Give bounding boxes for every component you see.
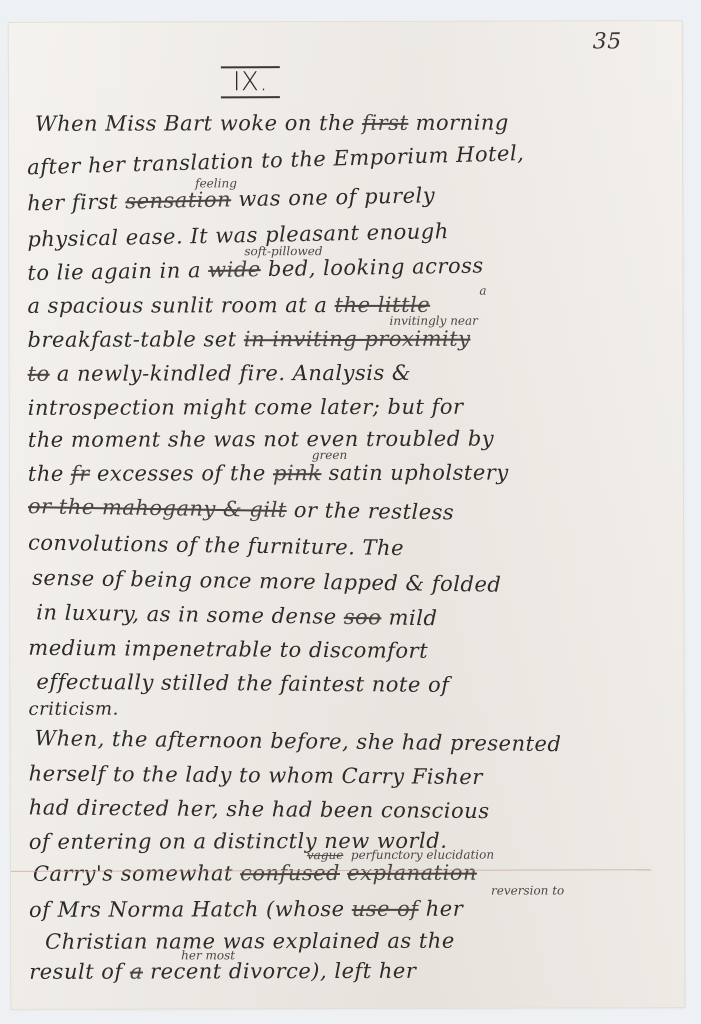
line-text: the bbox=[28, 462, 71, 486]
manuscript-line: in luxury, as in some dense soo mild bbox=[36, 599, 437, 631]
manuscript-page: 35 IX. When Miss Bart woke on the first … bbox=[9, 21, 685, 1009]
deleted-word: wide bbox=[208, 257, 261, 282]
line-text: effectually stilled the faintest note of bbox=[36, 670, 449, 697]
manuscript-line: Carry's somewhat confused explanation bbox=[33, 860, 477, 887]
line-text: sense of being once more lapped & folded bbox=[32, 566, 501, 597]
line-text: criticism. bbox=[28, 699, 118, 720]
deleted-word: explanation bbox=[347, 861, 477, 885]
line-text: When Miss Bart woke on the bbox=[35, 111, 362, 136]
manuscript-line: When, the afternoon before, she had pres… bbox=[34, 725, 561, 757]
deleted-word: a bbox=[130, 960, 143, 984]
line-text: to lie again in a bbox=[27, 258, 208, 285]
line-text: herself to the lady to whom Carry Fisher bbox=[29, 761, 483, 789]
line-text: bed, looking across bbox=[261, 253, 484, 281]
deleted-word: or the mahogany & gilt bbox=[28, 494, 287, 522]
line-text: medium impenetrable to discomfort bbox=[28, 636, 428, 663]
manuscript-line: her first sensation was one of purely bbox=[27, 182, 435, 216]
chapter-heading: IX. bbox=[221, 66, 280, 98]
line-text: a spacious sunlit room at a bbox=[27, 293, 334, 318]
manuscript-line: convolutions of the furniture. The bbox=[28, 530, 404, 562]
manuscript-line: introspection might come later; but for bbox=[28, 394, 464, 421]
line-text: convolutions of the furniture. The bbox=[28, 531, 404, 561]
line-text: physical ease. It was pleasant enough bbox=[27, 219, 449, 251]
page-number: 35 bbox=[593, 29, 622, 54]
line-text: her first bbox=[27, 189, 126, 215]
manuscript-line: criticism. bbox=[28, 697, 118, 723]
line-text: breakfast-table set bbox=[28, 327, 244, 352]
line-text: or the restless bbox=[287, 498, 455, 524]
manuscript-line: to a newly-kindled fire. Analysis & bbox=[28, 360, 412, 387]
interlinear-insertion: reversion to bbox=[491, 883, 564, 897]
line-text: had directed her, she had been conscious bbox=[29, 795, 490, 823]
line-text: satin upholstery bbox=[321, 461, 508, 485]
line-text: mild bbox=[381, 605, 437, 630]
manuscript-line: Christian name was explained as the bbox=[45, 928, 455, 955]
manuscript-line: or the mahogany & gilt or the restless bbox=[28, 493, 455, 525]
manuscript-line: herself to the lady to whom Carry Fisher bbox=[29, 760, 483, 790]
manuscript-line: to lie again in a wide bed, looking acro… bbox=[27, 252, 484, 286]
line-text: Carry's somewhat bbox=[33, 861, 240, 886]
line-text: her bbox=[419, 897, 464, 921]
line-text: result of bbox=[29, 960, 130, 984]
interlinear-insertion: a bbox=[479, 284, 486, 298]
deleted-word: first bbox=[362, 111, 408, 135]
line-text: morning bbox=[408, 111, 509, 135]
manuscript-line: had directed her, she had been conscious bbox=[29, 794, 490, 824]
deleted-word: soo bbox=[344, 605, 382, 630]
manuscript-line: When Miss Bart woke on the first morning bbox=[35, 110, 509, 137]
line-text: of Mrs Norma Hatch (whose bbox=[29, 897, 352, 922]
manuscript-line: after her translation to the Emporium Ho… bbox=[27, 140, 525, 180]
line-text: recent divorce), left her bbox=[143, 959, 416, 984]
manuscript-line: the fr excesses of the pink satin uphols… bbox=[28, 460, 509, 487]
line-text: in luxury, as in some dense bbox=[36, 600, 344, 629]
manuscript-line: a spacious sunlit room at a the little bbox=[27, 292, 430, 319]
manuscript-line: breakfast-table set in inviting proximit… bbox=[28, 326, 471, 353]
deleted-word: sensation bbox=[125, 187, 231, 213]
line-text: was one of purely bbox=[231, 183, 435, 211]
deleted-word: use of bbox=[352, 897, 419, 921]
line-text: When, the afternoon before, she had pres… bbox=[34, 726, 561, 756]
manuscript-line: medium impenetrable to discomfort bbox=[28, 635, 428, 664]
line-text: after her translation to the Emporium Ho… bbox=[27, 141, 525, 179]
manuscript-line: sense of being once more lapped & folded bbox=[32, 565, 501, 598]
deleted-word: confused bbox=[240, 861, 340, 885]
line-text: a newly-kindled fire. Analysis & bbox=[50, 361, 411, 386]
manuscript-line: effectually stilled the faintest note of bbox=[36, 669, 449, 698]
deleted-word: in inviting proximity bbox=[244, 327, 471, 352]
manuscript-line: result of a recent divorce), left her bbox=[29, 958, 416, 985]
manuscript-line: the moment she was not even troubled by bbox=[28, 426, 494, 453]
line-text: the moment she was not even troubled by bbox=[28, 427, 494, 452]
deleted-word: pink bbox=[273, 461, 321, 485]
line-text: excesses of the bbox=[90, 461, 273, 485]
manuscript-line: of Mrs Norma Hatch (whose use of her bbox=[29, 896, 463, 923]
line-text: Christian name was explained as the bbox=[45, 929, 455, 954]
deleted-word: to bbox=[28, 362, 50, 386]
manuscript-line: physical ease. It was pleasant enough bbox=[27, 218, 449, 252]
deleted-word: fr bbox=[71, 462, 90, 486]
line-text: introspection might come later; but for bbox=[28, 395, 464, 420]
